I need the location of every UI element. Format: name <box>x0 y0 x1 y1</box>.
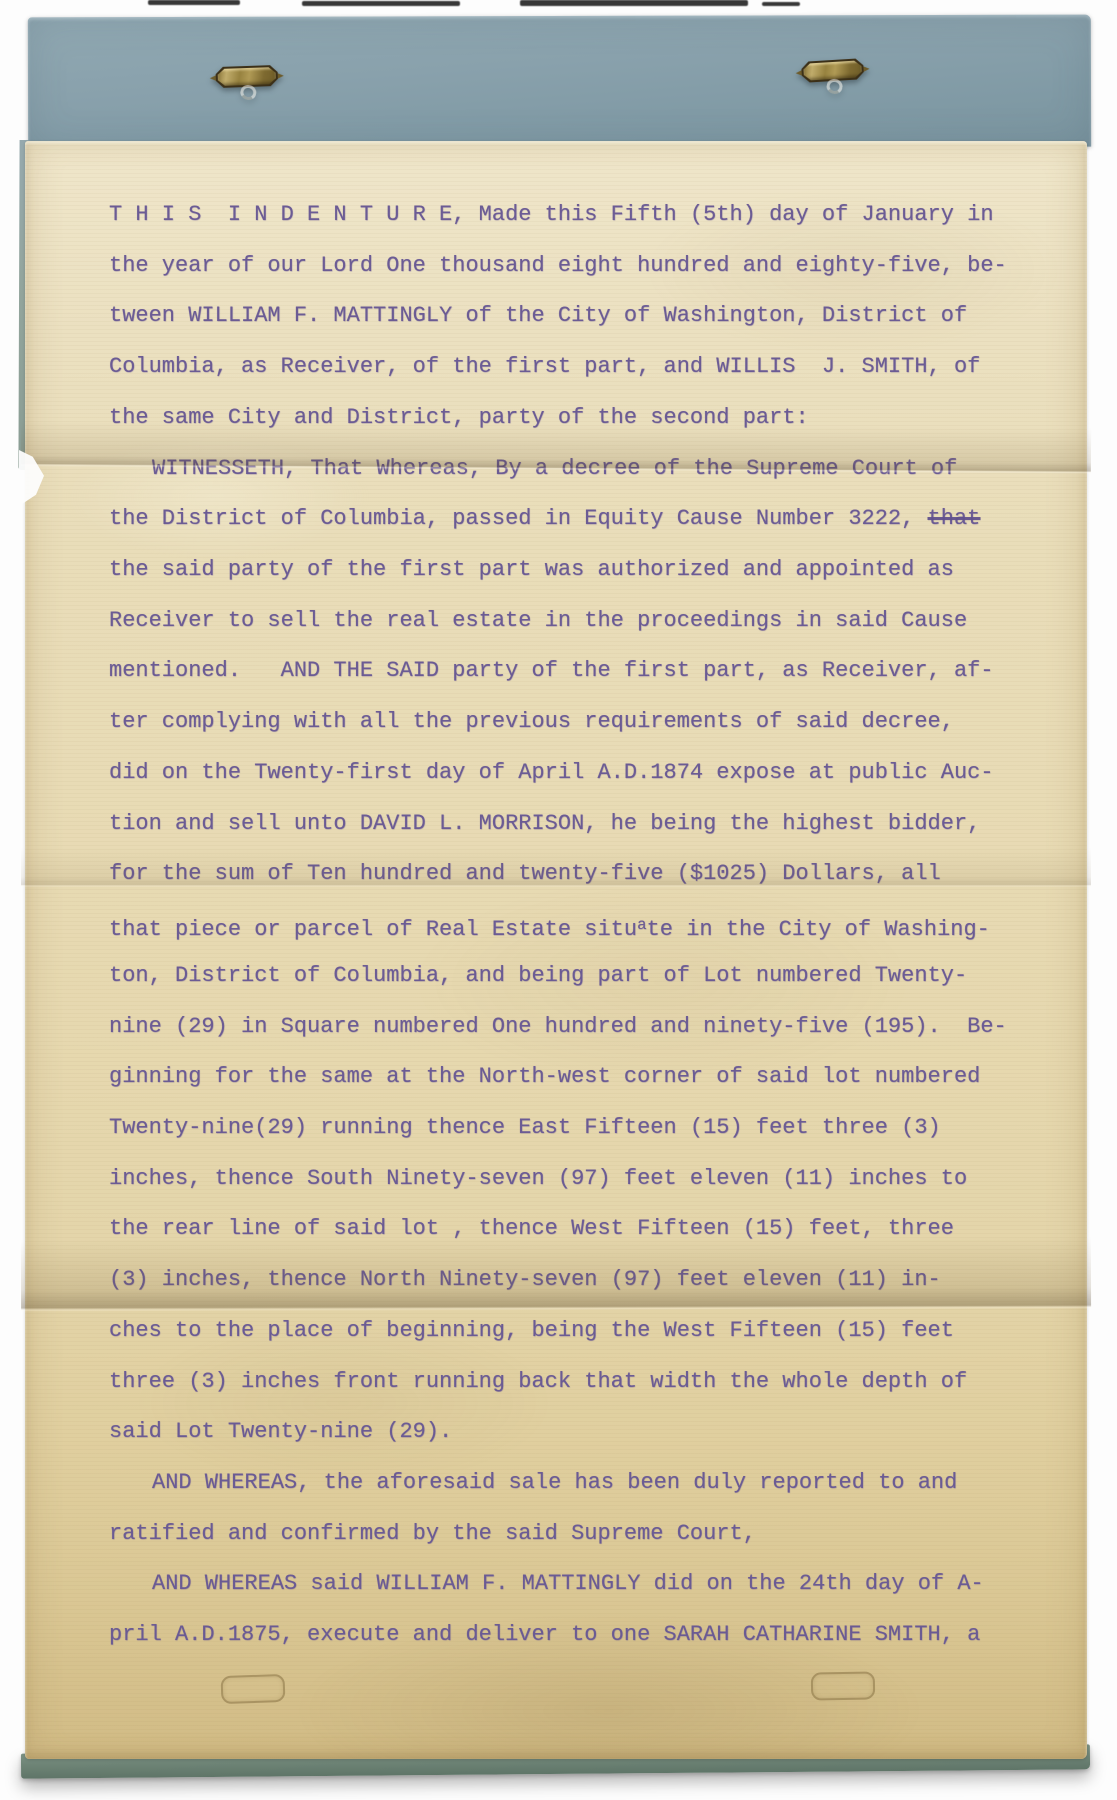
typed-line: said Lot Twenty-nine (29). <box>109 1407 1059 1458</box>
typed-text-segment: ter complying with all the previous requ… <box>109 709 954 734</box>
typed-line: tion and sell unto DAVID L. MORRISON, he… <box>109 799 1059 850</box>
typed-text-segment: Twenty-nine(29) running thence East Fift… <box>109 1115 941 1140</box>
struck-word: that <box>928 506 981 531</box>
typed-text-segment: said Lot Twenty-nine (29). <box>109 1419 452 1444</box>
typed-text-segment: ton, District of Columbia, and being par… <box>109 963 967 988</box>
typed-text-segment: Receiver to sell the real estate in the … <box>109 608 967 633</box>
typed-line: did on the Twenty-first day of April A.D… <box>109 748 1059 799</box>
scan-edge-artifact <box>520 0 748 6</box>
typed-line: ton, District of Columbia, and being par… <box>109 951 1059 1002</box>
typed-text-segment: three (3) inches front running back that… <box>109 1369 967 1394</box>
typed-text-segment: ches to the place of beginning, being th… <box>109 1318 954 1343</box>
scan-edge-artifact <box>148 0 240 5</box>
typed-line: the same City and District, party of the… <box>109 393 1059 444</box>
scan-edge-artifact <box>762 2 800 6</box>
typed-text-segment: for the sum of Ten hundred and twenty-fi… <box>109 861 941 886</box>
typed-text-segment: the District of Columbia, passed in Equi… <box>109 506 928 531</box>
blue-backing-sheet <box>28 15 1091 150</box>
typed-line: tween WILLIAM F. MATTINGLY of the City o… <box>109 291 1059 342</box>
typed-text-segment: tween WILLIAM F. MATTINGLY of the City o… <box>109 303 967 328</box>
typed-line: pril A.D.1875, execute and deliver to on… <box>109 1610 1059 1661</box>
typed-line: the year of our Lord One thousand eight … <box>109 241 1059 292</box>
typed-text-segment: WITNESSETH, That Whereas, By a decree of… <box>152 456 957 481</box>
typed-line: three (3) inches front running back that… <box>109 1357 1059 1408</box>
fastener-brass-face <box>217 67 276 86</box>
typed-line: ginning for the same at the North-west c… <box>109 1052 1059 1103</box>
brass-fastener-left <box>209 63 284 104</box>
typed-line: mentioned. AND THE SAID party of the fir… <box>109 646 1059 697</box>
typed-text-segment: that piece or parcel of Real Estate situ <box>109 917 637 942</box>
typed-text-segment: ratified and confirmed by the said Supre… <box>109 1521 756 1546</box>
fastener-impression-left <box>221 1674 286 1704</box>
typed-text-segment: ginning for the same at the North-west c… <box>109 1064 980 1089</box>
typed-line: Twenty-nine(29) running thence East Fift… <box>109 1103 1059 1154</box>
typed-line: ter complying with all the previous requ… <box>109 697 1059 748</box>
typed-text-segment: inches, thence South Ninety-seven (97) f… <box>109 1166 967 1191</box>
typed-text-segment: the year of our Lord One thousand eight … <box>109 253 1007 278</box>
typed-line: (3) inches, thence North Ninety-seven (9… <box>109 1255 1059 1306</box>
typed-text-segment: mentioned. AND THE SAID party of the fir… <box>109 658 994 683</box>
typed-line: inches, thence South Ninety-seven (97) f… <box>109 1154 1059 1205</box>
typed-line: AND WHEREAS said WILLIAM F. MATTINGLY di… <box>109 1559 1059 1610</box>
typed-line: Columbia, as Receiver, of the first part… <box>109 342 1059 393</box>
scan-edge-artifact <box>302 1 460 6</box>
typed-line: ratified and confirmed by the said Supre… <box>109 1509 1059 1560</box>
typed-line: that piece or parcel of Real Estate situ… <box>109 900 1059 951</box>
typed-text-segment: (3) inches, thence North Ninety-seven (9… <box>109 1267 941 1292</box>
typed-text-segment: the rear line of said lot , thence West … <box>109 1216 954 1241</box>
typed-line: WITNESSETH, That Whereas, By a decree of… <box>109 444 1059 495</box>
typed-line: for the sum of Ten hundred and twenty-fi… <box>109 849 1059 900</box>
brass-fastener-right <box>795 56 871 98</box>
typed-text-segment: did on the Twenty-first day of April A.D… <box>109 760 994 785</box>
typed-text-segment: AND WHEREAS said WILLIAM F. MATTINGLY di… <box>152 1571 984 1596</box>
typed-line: the rear line of said lot , thence West … <box>109 1204 1059 1255</box>
typed-text-segment: the same City and District, party of the… <box>109 405 809 430</box>
typed-text-segment: Columbia, as Receiver, of the first part… <box>109 354 980 379</box>
typed-line: the District of Columbia, passed in Equi… <box>109 494 1059 545</box>
typed-text-segment: te in the City of Washing- <box>647 917 990 942</box>
document-page: T H I S I N D E N T U R E, Made this Fif… <box>25 141 1087 1759</box>
typed-text-segment: nine (29) in Square numbered One hundred… <box>109 1014 1007 1039</box>
fastener-brass-face <box>803 60 862 81</box>
typed-text-segment: pril A.D.1875, execute and deliver to on… <box>109 1622 980 1647</box>
typed-line: nine (29) in Square numbered One hundred… <box>109 1002 1059 1053</box>
superscript-letter: a <box>637 916 647 934</box>
typed-line: T H I S I N D E N T U R E, Made this Fif… <box>109 190 1059 241</box>
typed-line: ches to the place of beginning, being th… <box>109 1306 1059 1357</box>
typed-text-segment: T H I S I N D E N T U R E, Made this Fif… <box>109 202 994 227</box>
typed-line: AND WHEREAS, the aforesaid sale has been… <box>109 1458 1059 1509</box>
typed-text-segment: tion and sell unto DAVID L. MORRISON, he… <box>109 811 980 836</box>
typed-line: the said party of the first part was aut… <box>109 545 1059 596</box>
typed-text-segment: AND WHEREAS, the aforesaid sale has been… <box>152 1470 957 1495</box>
fastener-impression-right <box>811 1671 875 1700</box>
scanned-document: T H I S I N D E N T U R E, Made this Fif… <box>0 0 1117 1800</box>
typed-line: Receiver to sell the real estate in the … <box>109 596 1059 647</box>
typed-text-segment: the said party of the first part was aut… <box>109 557 954 582</box>
typed-text-block: T H I S I N D E N T U R E, Made this Fif… <box>109 190 1059 1661</box>
